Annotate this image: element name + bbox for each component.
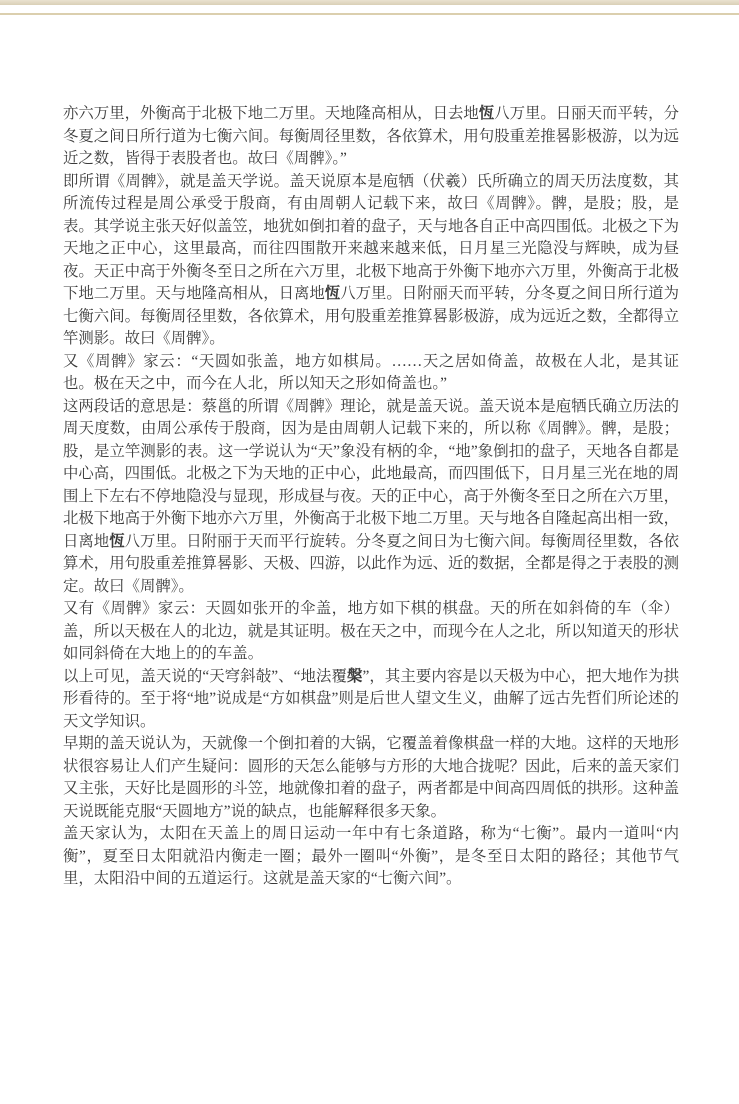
body-text: 这两段话的意思是：蔡邕的所谓《周髀》理论，就是盖天说。盖天说本是庖牺氏确立历法的… [63, 398, 679, 550]
paragraph: 又《周髀》家云：“天圆如张盖，地方如棋局。……天之居如倚盖，故极在人北，是其证也… [63, 351, 679, 396]
paragraph: 早期的盖天说认为，天就像一个倒扣着的大锅，它覆盖着像棋盘一样的大地。这样的天地形… [63, 733, 679, 823]
body-text: 亦六万里，外衡高于北极下地二万里。天地隆高相从，日去地 [63, 105, 479, 122]
emphasized-text: 恆 [325, 285, 340, 302]
emphasized-text: 恆 [479, 105, 494, 122]
body-text: 以上可见，盖天说的“天穹斜敧”、“地法覆 [63, 668, 347, 685]
body-text: 又《周髀》家云：“天圆如张盖，地方如棋局。……天之居如倚盖，故极在人北，是其证也… [63, 353, 679, 393]
paragraph: 亦六万里，外衡高于北极下地二万里。天地隆高相从，日去地恆八万里。日丽天而平转，分… [63, 103, 679, 171]
paragraph: 以上可见，盖天说的“天穹斜敧”、“地法覆槃”，其主要内容是以天极为中心，把大地作… [63, 666, 679, 734]
paragraph: 即所谓《周髀》，就是盖天学说。盖天说原本是庖牺（伏羲）氏所确立的周天历法度数，其… [63, 171, 679, 351]
top-decorative-band [0, 0, 739, 5]
body-text: 八万里。日附丽于天而平行旋转。分冬夏之间日为七衡六间。每衡周径里数，各依算术，用… [63, 533, 679, 595]
body-text: 早期的盖天说认为，天就像一个倒扣着的大锅，它覆盖着像棋盘一样的大地。这样的天地形… [63, 735, 679, 820]
text-block: 亦六万里，外衡高于北极下地二万里。天地隆高相从，日去地恆八万里。日丽天而平转，分… [63, 103, 679, 891]
paragraph: 又有《周髀》家云：天圆如张开的伞盖，地方如下棋的棋盘。天的所在如斜倚的车（伞）盖… [63, 598, 679, 666]
top-rule-line [0, 13, 739, 15]
body-text: 又有《周髀》家云：天圆如张开的伞盖，地方如下棋的棋盘。天的所在如斜倚的车（伞）盖… [63, 600, 679, 662]
emphasized-text: 槃 [347, 668, 362, 685]
body-text: 盖天家认为，太阳在天盖上的周日运动一年中有七条道路，称为“七衡”。最内一道叫“内… [63, 825, 679, 887]
paragraph: 这两段话的意思是：蔡邕的所谓《周髀》理论，就是盖天说。盖天说本是庖牺氏确立历法的… [63, 396, 679, 599]
page: { "page": { "background": "#ffffff", "to… [0, 0, 739, 1104]
body-text: 即所谓《周髀》，就是盖天学说。盖天说原本是庖牺（伏羲）氏所确立的周天历法度数，其… [63, 173, 679, 303]
emphasized-text: 恆 [109, 533, 124, 550]
paragraph: 盖天家认为，太阳在天盖上的周日运动一年中有七条道路，称为“七衡”。最内一道叫“内… [63, 823, 679, 891]
